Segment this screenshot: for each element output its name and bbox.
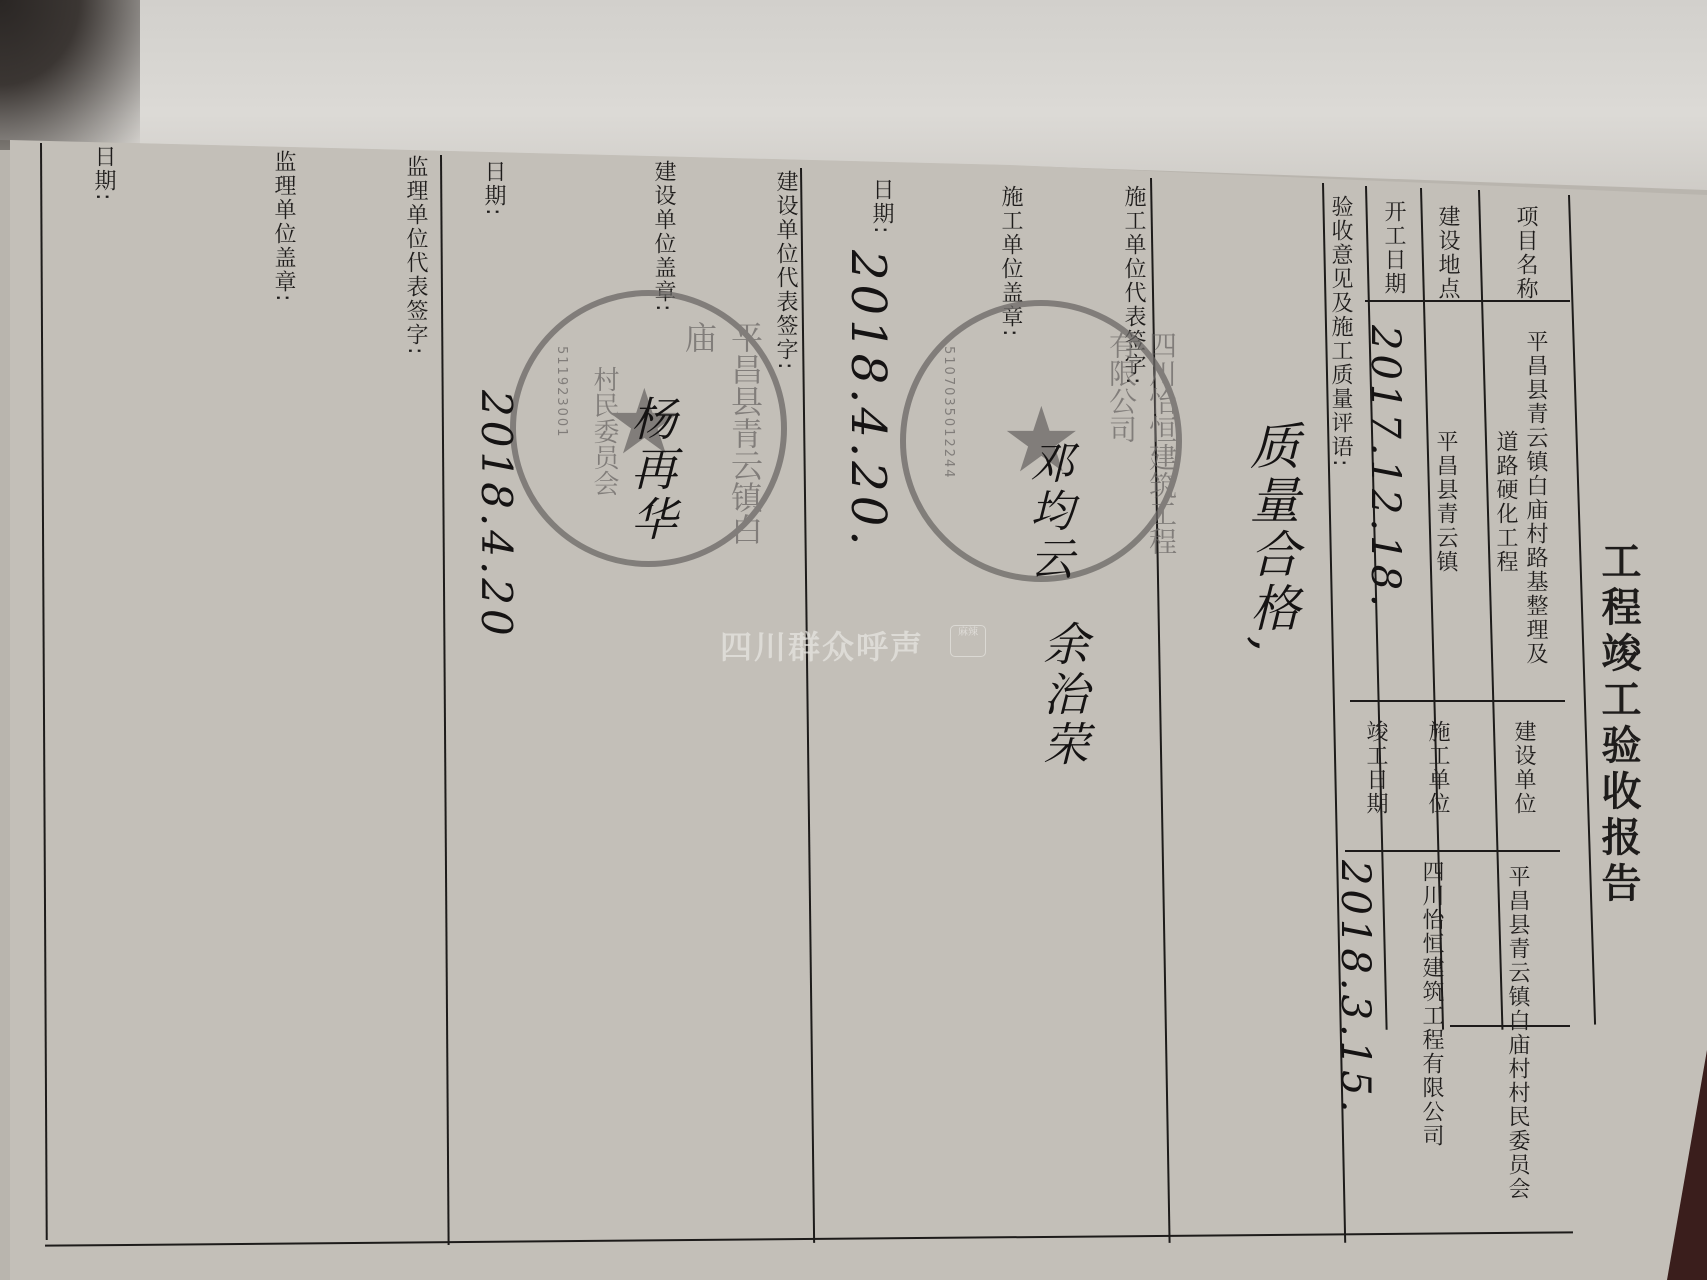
owner-rep-sign-label: 建设单位代表签字: (770, 170, 801, 371)
owner-date-value: 2018.4.20 (472, 390, 521, 640)
opinion-handwritten: 质量合格, (1235, 420, 1307, 656)
contractor-rep-signature: 邓均云 (1015, 440, 1079, 584)
contractor-label: 施工单位 (1422, 720, 1453, 816)
supervisor-rep-sign-label: 监理单位代表签字: (400, 155, 431, 356)
project-name-value-line1: 平昌县青云镇白庙村路基整理及 (1520, 330, 1551, 666)
completion-date-label: 竣工日期 (1360, 720, 1391, 816)
contractor-stamp-code: 5107035012244 (941, 346, 956, 480)
opinion-signature: 余治荣 (1030, 620, 1096, 770)
owner-stamp-text-line1: 平昌县青云镇白庙 (676, 321, 768, 561)
middle-column-divider-b (1345, 850, 1560, 852)
owner-rep-signature: 杨再华 (618, 395, 684, 545)
completion-date-value: 2018.3.15. (1332, 860, 1378, 1116)
contractor-date-value: 2018.4.20. (840, 250, 896, 550)
owner-label: 建设单位 (1508, 720, 1539, 816)
supervisor-date-label: 日期: (88, 145, 119, 202)
middle-column-divider-a (1350, 700, 1565, 702)
supervisor-seal-label: 监理单位盖章: (268, 150, 299, 303)
watermark-logo-icon: 麻辣 (950, 625, 986, 657)
contractor-stamp-text: 四川怡恒建筑工程有限公司 (1101, 331, 1181, 576)
watermark-text: 四川群众呼声 (720, 622, 924, 668)
document-title: 工程竣工验收报告 (1590, 540, 1647, 908)
owner-value: 平昌县青云镇白庙村村民委员会 (1502, 865, 1533, 1201)
contractor-value: 四川怡恒建筑工程有限公司 (1416, 860, 1447, 1148)
opinion-label: 验收意见及施工质量评语: (1325, 195, 1356, 468)
location-value: 平昌县青云镇 (1430, 430, 1461, 574)
contractor-date-label: 日期: (866, 178, 897, 235)
project-name-label: 项目名称 (1510, 205, 1541, 301)
acceptance-report-document: 工程竣工验收报告 项目名称 平昌县青云镇白庙村路基整理及 道路硬化工程 建设单位… (0, 0, 1707, 1280)
owner-date-label: 日期: (478, 160, 509, 217)
project-name-value-line2: 道路硬化工程 (1490, 430, 1521, 574)
start-date-label: 开工日期 (1378, 200, 1409, 296)
location-label: 建设地点 (1432, 205, 1463, 301)
owner-stamp-code: 511923001 (554, 346, 569, 438)
start-date-value: 2017.12.18. (1362, 325, 1408, 611)
